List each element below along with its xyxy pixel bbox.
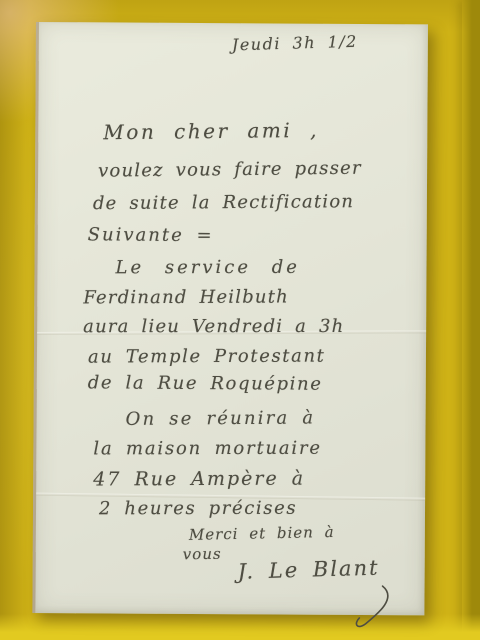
photograph-background: Jeudi 3h 1/2 Mon cher ami , voulez vous …	[0, 0, 480, 640]
closing-line: Merci et bien à	[189, 523, 335, 544]
handwritten-line: voulez vous faire passer	[98, 158, 362, 182]
handwritten-line: la maison mortuaire	[93, 438, 321, 460]
salutation-line: Mon cher ami ,	[103, 118, 319, 144]
dateline: Jeudi 3h 1/2	[232, 32, 358, 55]
handwritten-line: Suivante =	[88, 224, 214, 246]
signature: J. Le Blant	[237, 556, 379, 584]
closing-line: vous	[183, 545, 222, 563]
background-right-shadow-band	[462, 0, 480, 640]
handwritten-line: On se réunira à	[126, 407, 316, 429]
handwritten-line: 47 Rue Ampère à	[93, 468, 305, 491]
handwritten-line: 2 heures précises	[99, 498, 297, 520]
letter-paper: Jeudi 3h 1/2 Mon cher ami , voulez vous …	[32, 22, 428, 615]
handwritten-line: au Temple Protestant	[88, 346, 326, 368]
handwritten-line: de la Rue Roquépine	[88, 372, 323, 394]
handwritten-line: aura lieu Vendredi a 3h	[83, 316, 344, 337]
background-bottom-highlight	[0, 614, 480, 640]
handwritten-line: de suite la Rectification	[93, 191, 354, 214]
handwritten-line: Ferdinand Heilbuth	[83, 286, 289, 308]
handwritten-line: Le service de	[115, 257, 299, 278]
